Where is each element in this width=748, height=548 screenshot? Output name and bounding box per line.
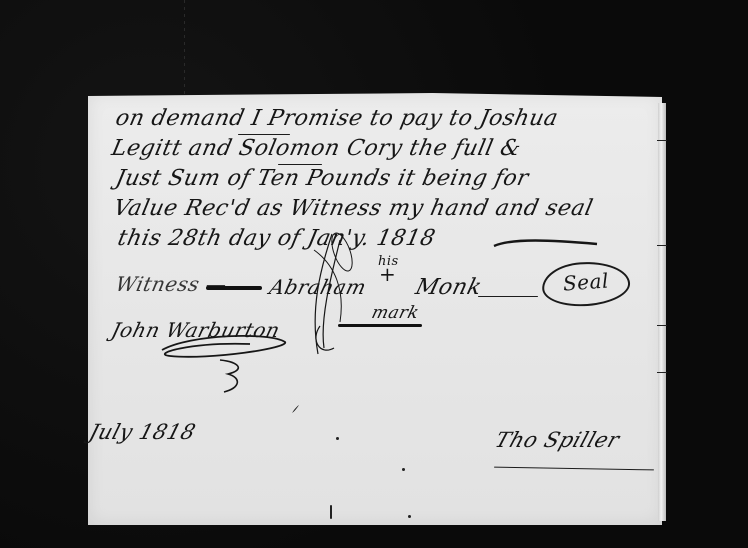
fold-tick <box>657 325 667 326</box>
endorsement-date: July 1818 <box>87 420 199 444</box>
witness-label: Witness — <box>113 272 229 296</box>
fold-tick <box>657 140 667 141</box>
signer-first-name: Abraham <box>267 275 369 299</box>
witness-name: John Warburton <box>109 318 283 342</box>
signer-mark-label: mark <box>370 303 422 323</box>
ink-speck <box>408 515 411 518</box>
note-line-5: this 28th day of Jan'y. 1818 <box>115 226 437 251</box>
note-line-3: Just Sum of Ten Pounds it being for <box>113 166 531 191</box>
scanned-document-viewport: on demand I Promise to pay to Joshua Leg… <box>0 0 748 548</box>
underline <box>278 164 322 165</box>
note-line-1: on demand I Promise to pay to Joshua <box>113 106 560 131</box>
mark-underline <box>338 324 422 327</box>
note-line-2: Legitt and Solomon Cory the full & <box>109 136 523 161</box>
scanner-seam <box>184 0 185 95</box>
signer-mark-symbol: + <box>379 262 396 286</box>
signer-last-name: Monk <box>413 275 485 300</box>
fold-tick <box>657 372 667 373</box>
note-line-4: Value Rec'd as Witness my hand and seal <box>111 196 595 221</box>
seal-label: Seal <box>543 267 628 297</box>
ink-speck <box>336 437 339 440</box>
fold-tick <box>657 245 667 246</box>
endorsement-signature: Tho Spiller <box>492 428 623 452</box>
paper-right-fold <box>658 103 666 521</box>
underline <box>238 134 290 135</box>
witness-dash <box>206 286 262 290</box>
ink-speck <box>330 505 332 519</box>
ink-speck <box>402 468 405 471</box>
signer-underline <box>478 296 538 297</box>
